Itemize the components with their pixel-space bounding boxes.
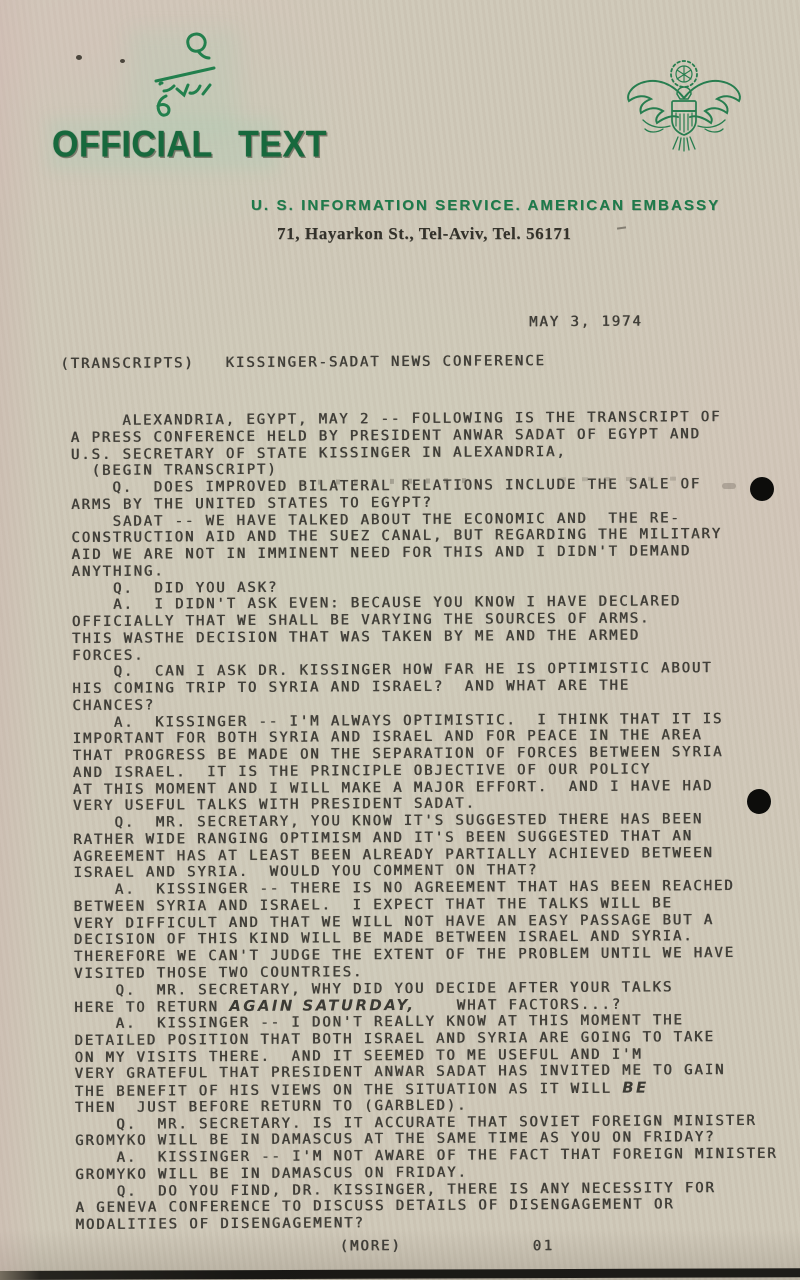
page-number: 01: [533, 1238, 555, 1254]
typed-text: A GENEVA CONFERENCE TO DISCUSS DETAILS O…: [75, 1197, 674, 1217]
typed-text: A. KISSINGER -- I'M NOT AWARE OF THE FAC…: [75, 1146, 777, 1166]
footer-more-marker: (MORE): [340, 1238, 402, 1254]
typed-text: (BEGIN TRANSCRIPT): [71, 462, 278, 479]
typed-text: MODALITIES OF DISENGAGEMENT?: [76, 1215, 365, 1233]
handwritten-insert: BE: [622, 1078, 649, 1096]
typed-text: AID WE ARE NOT IN IMMINENT NEED FOR THIS…: [71, 543, 691, 563]
transcript-lines: ALEXANDRIA, EGYPT, MAY 2 -- FOLLOWING IS…: [71, 409, 796, 1234]
handwritten-insert: AGAIN SATURDAY,: [229, 996, 415, 1015]
typed-text: A PRESS CONFERENCE HELD BY PRESIDENT ANW…: [71, 426, 701, 446]
typed-text: GROMYKO WILL BE IN DAMASCUS ON FRIDAY.: [75, 1164, 468, 1182]
typed-text: ISRAEL AND SYRIA. WOULD YOU COMMENT ON T…: [73, 862, 538, 881]
typed-text: Q. DID YOU ASK?: [72, 579, 279, 596]
transcript-line: MODALITIES OF DISENGAGEMENT?: [76, 1213, 796, 1234]
typed-text: AGREEMENT HAS AT LEAST BEEN ALREADY PART…: [73, 845, 713, 865]
ink-smudge: [722, 483, 736, 489]
typed-text: THEREFORE WE CAN'T JUDGE THE EXTENT OF T…: [74, 945, 735, 965]
typed-text: VERY USEFUL TALKS WITH PRESIDENT SADAT.: [73, 796, 476, 814]
typed-text: FORCES.: [72, 647, 144, 663]
typed-text: HERE TO RETURN: [74, 999, 229, 1016]
typed-text: VISITED THOSE TWO COUNTRIES.: [74, 964, 363, 982]
typed-text: U.S. SECRETARY OF STATE KISSINGER IN ALE…: [71, 443, 567, 462]
typed-text: ARMS BY THE UNITED STATES TO EGYPT?: [71, 495, 433, 513]
pencil-smudge: [560, 477, 680, 482]
punch-hole: [747, 789, 771, 814]
typed-text: AT THIS MOMENT AND I WILL MAKE A MAJOR E…: [73, 778, 713, 798]
punch-hole: [750, 477, 774, 501]
typed-text: HIS COMING TRIP TO SYRIA AND ISRAEL? AND…: [72, 678, 630, 697]
typed-text: THEN JUST BEFORE RETURN TO (GARBLED).: [75, 1097, 468, 1115]
typed-sheet: MAY 3, 1974 (TRANSCRIPTS) KISSINGER-SADA…: [0, 0, 800, 1280]
typed-text: THIS WASTHE DECISION THAT WAS TAKEN BY M…: [72, 627, 640, 646]
typed-text: WHAT FACTORS...?: [415, 997, 622, 1014]
scanned-document-page: OFFICIAL TEXT U. S. INFORMATION SERVICE.…: [0, 0, 800, 1280]
document-date: MAY 3, 1974: [529, 314, 643, 331]
typed-text: CHANCES?: [72, 697, 155, 714]
document-title: (TRANSCRIPTS) KISSINGER-SADAT NEWS CONFE…: [60, 353, 546, 372]
typed-text: ANYTHING.: [72, 563, 165, 580]
